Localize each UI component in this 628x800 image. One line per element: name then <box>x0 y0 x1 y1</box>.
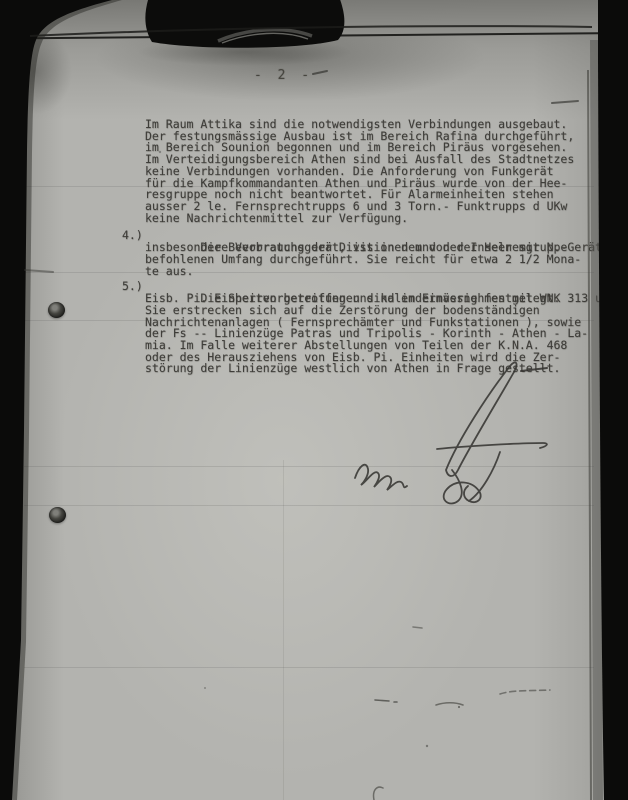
paragraph-continuation: Im Raum Attika sind die notwendigsten Ve… <box>122 119 592 224</box>
item-first-line: 4.)Die Bevorratung der Divisionen und de… <box>122 230 592 242</box>
scan-artifact-line <box>24 505 594 506</box>
punch-hole-top <box>48 302 65 318</box>
item-first-line: 5.)Die Sperrvorbereitungen sind im Einve… <box>122 281 592 293</box>
text-line: Die Bevorratung der Divisionen und der I… <box>200 240 609 254</box>
page-number: - 2 - <box>254 68 313 83</box>
paper-crease <box>283 460 284 800</box>
item-number: 4.) <box>122 230 143 242</box>
text-line: Die Sperrvorbereitungen sind im Einverne… <box>200 291 615 305</box>
numbered-item-5: 5.)Die Sperrvorbereitungen sind im Einve… <box>122 281 592 375</box>
item-number: 5.) <box>122 281 143 293</box>
scanned-document-photo: - 2 - Im Raum Attika sind die notwendigs… <box>0 0 628 800</box>
scan-artifact-line <box>24 466 594 467</box>
numbered-item-4: 4.)Die Bevorratung der Divisionen und de… <box>122 230 592 277</box>
text-line: keine Nachrichtenmittel zur Verfügung. <box>145 213 592 225</box>
text-line: störung der Linienzüge westlich von Athe… <box>122 363 592 375</box>
text-line: te aus. <box>122 266 592 278</box>
scan-artifact-line <box>24 667 594 668</box>
typewritten-text: Im Raum Attika sind die notwendigsten Ve… <box>122 119 592 375</box>
punch-hole-bottom <box>49 507 66 523</box>
